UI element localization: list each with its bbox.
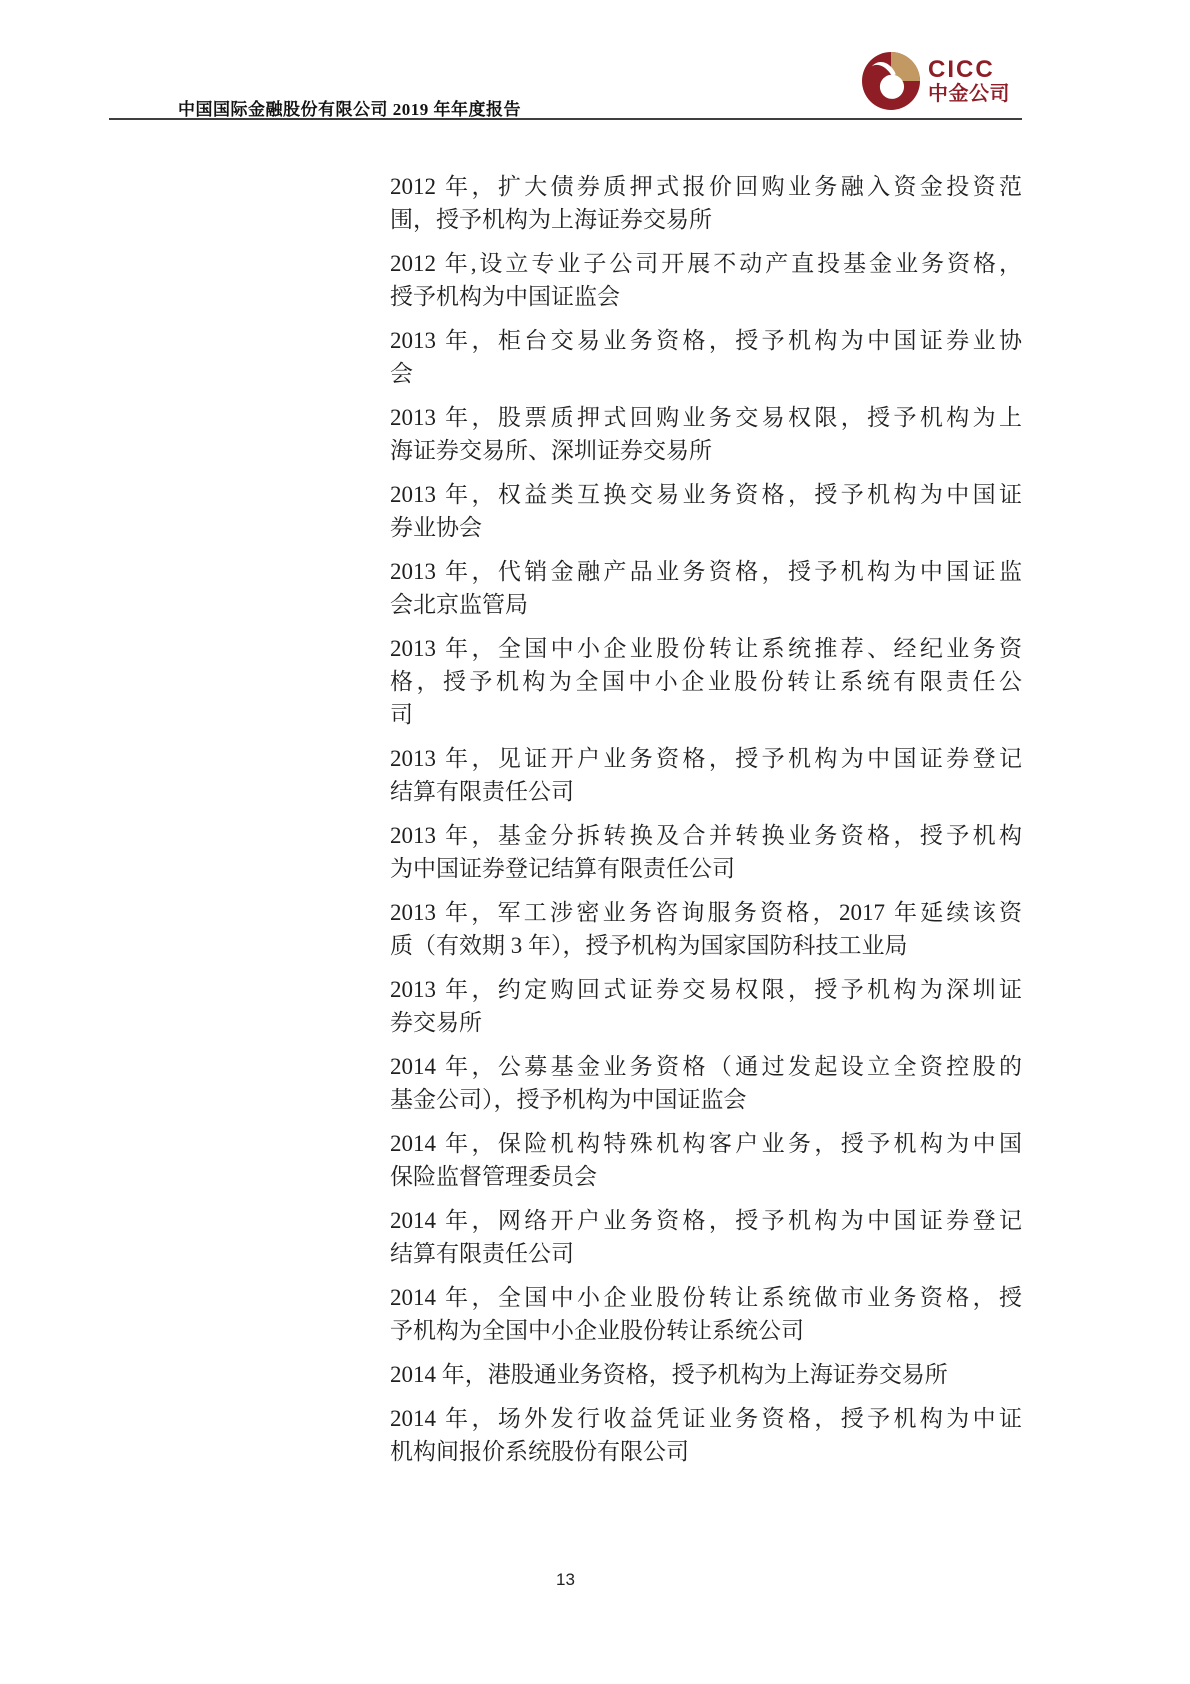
- paragraph-line: 2014 年，场外发行收益凭证业务资格，授予机构为中证: [390, 1402, 1022, 1435]
- paragraph-line: 司: [390, 698, 1022, 731]
- qualification-paragraph: 2013 年，基金分拆转换及合并转换业务资格，授予机构为中国证券登记结算有限责任…: [390, 819, 1022, 885]
- paragraph-line: 2014 年，港股通业务资格，授予机构为上海证券交易所: [390, 1358, 1022, 1391]
- paragraph-line: 2013 年，基金分拆转换及合并转换业务资格，授予机构: [390, 819, 1022, 852]
- qualification-paragraph: 2013 年，代销金融产品业务资格，授予机构为中国证监会北京监管局: [390, 555, 1022, 621]
- paragraph-line: 2013 年，权益类互换交易业务资格，授予机构为中国证: [390, 478, 1022, 511]
- paragraph-line: 围，授予机构为上海证券交易所: [390, 203, 1022, 236]
- page-number: 13: [109, 1570, 1022, 1590]
- cicc-logo-text-zh: 中金公司: [928, 84, 1010, 104]
- header-divider: [109, 118, 1022, 120]
- paragraph-line: 予机构为全国中小企业股份转让系统公司: [390, 1314, 1022, 1347]
- paragraph-line: 结算有限责任公司: [390, 1237, 1022, 1270]
- paragraph-line: 2014 年，全国中小企业股份转让系统做市业务资格，授: [390, 1281, 1022, 1314]
- paragraph-line: 会: [390, 357, 1022, 390]
- report-page: { "header": { "report_title": "中国国际金融股份有…: [0, 0, 1190, 1684]
- paragraph-line: 2013 年，全国中小企业股份转让系统推荐、经纪业务资: [390, 632, 1022, 665]
- paragraph-line: 海证券交易所、深圳证券交易所: [390, 434, 1022, 467]
- qualification-paragraph: 2013 年，权益类互换交易业务资格，授予机构为中国证券业协会: [390, 478, 1022, 544]
- paragraph-line: 2013 年，柜台交易业务资格，授予机构为中国证券业协: [390, 324, 1022, 357]
- qualification-paragraph: 2014 年，保险机构特殊机构客户业务，授予机构为中国保险监督管理委员会: [390, 1127, 1022, 1193]
- qualification-paragraph: 2013 年，股票质押式回购业务交易权限，授予机构为上海证券交易所、深圳证券交易…: [390, 401, 1022, 467]
- paragraph-line: 2013 年，见证开户业务资格，授予机构为中国证券登记: [390, 742, 1022, 775]
- paragraph-line: 为中国证券登记结算有限责任公司: [390, 852, 1022, 885]
- paragraph-line: 券交易所: [390, 1006, 1022, 1039]
- cicc-logo-text-en: CICC: [928, 58, 995, 82]
- qualification-paragraph: 2013 年，军工涉密业务咨询服务资格，2017 年延续该资质（有效期 3 年）…: [390, 896, 1022, 962]
- qualification-paragraph: 2014 年，全国中小企业股份转让系统做市业务资格，授予机构为全国中小企业股份转…: [390, 1281, 1022, 1347]
- paragraph-line: 授予机构为中国证监会: [390, 280, 1022, 313]
- qualification-paragraph: 2014 年，港股通业务资格，授予机构为上海证券交易所: [390, 1358, 1022, 1391]
- paragraph-line: 2014 年，保险机构特殊机构客户业务，授予机构为中国: [390, 1127, 1022, 1160]
- qualification-paragraph: 2013 年，全国中小企业股份转让系统推荐、经纪业务资格，授予机构为全国中小企业…: [390, 632, 1022, 731]
- qualification-list: 2012 年，扩大债券质押式报价回购业务融入资金投资范围，授予机构为上海证券交易…: [390, 170, 1022, 1479]
- qualification-paragraph: 2013 年，柜台交易业务资格，授予机构为中国证券业协会: [390, 324, 1022, 390]
- paragraph-line: 格，授予机构为全国中小企业股份转让系统有限责任公: [390, 665, 1022, 698]
- qualification-paragraph: 2014 年，场外发行收益凭证业务资格，授予机构为中证机构间报价系统股份有限公司: [390, 1402, 1022, 1468]
- qualification-paragraph: 2014 年，网络开户业务资格，授予机构为中国证券登记结算有限责任公司: [390, 1204, 1022, 1270]
- paragraph-line: 2012 年，扩大债券质押式报价回购业务融入资金投资范: [390, 170, 1022, 203]
- qualification-paragraph: 2012 年,设立专业子公司开展不动产直投基金业务资格，授予机构为中国证监会: [390, 247, 1022, 313]
- paragraph-line: 2013 年，约定购回式证券交易权限，授予机构为深圳证: [390, 973, 1022, 1006]
- paragraph-line: 会北京监管局: [390, 588, 1022, 621]
- paragraph-line: 2013 年，股票质押式回购业务交易权限，授予机构为上: [390, 401, 1022, 434]
- cicc-logo-icon: [862, 52, 920, 110]
- paragraph-line: 2014 年，公募基金业务资格（通过发起设立全资控股的: [390, 1050, 1022, 1083]
- paragraph-line: 2013 年，代销金融产品业务资格，授予机构为中国证监: [390, 555, 1022, 588]
- paragraph-line: 2014 年，网络开户业务资格，授予机构为中国证券登记: [390, 1204, 1022, 1237]
- paragraph-line: 结算有限责任公司: [390, 775, 1022, 808]
- paragraph-line: 2013 年，军工涉密业务咨询服务资格，2017 年延续该资: [390, 896, 1022, 929]
- qualification-paragraph: 2013 年，约定购回式证券交易权限，授予机构为深圳证券交易所: [390, 973, 1022, 1039]
- qualification-paragraph: 2014 年，公募基金业务资格（通过发起设立全资控股的基金公司），授予机构为中国…: [390, 1050, 1022, 1116]
- paragraph-line: 机构间报价系统股份有限公司: [390, 1435, 1022, 1468]
- cicc-logo: CICC 中金公司: [862, 50, 1022, 112]
- paragraph-line: 保险监督管理委员会: [390, 1160, 1022, 1193]
- paragraph-line: 2012 年,设立专业子公司开展不动产直投基金业务资格，: [390, 247, 1022, 280]
- report-title: 中国国际金融股份有限公司 2019 年年度报告: [178, 95, 521, 120]
- paragraph-line: 基金公司），授予机构为中国证监会: [390, 1083, 1022, 1116]
- paragraph-line: 质（有效期 3 年），授予机构为国家国防科技工业局: [390, 929, 1022, 962]
- qualification-paragraph: 2012 年，扩大债券质押式报价回购业务融入资金投资范围，授予机构为上海证券交易…: [390, 170, 1022, 236]
- paragraph-line: 券业协会: [390, 511, 1022, 544]
- qualification-paragraph: 2013 年，见证开户业务资格，授予机构为中国证券登记结算有限责任公司: [390, 742, 1022, 808]
